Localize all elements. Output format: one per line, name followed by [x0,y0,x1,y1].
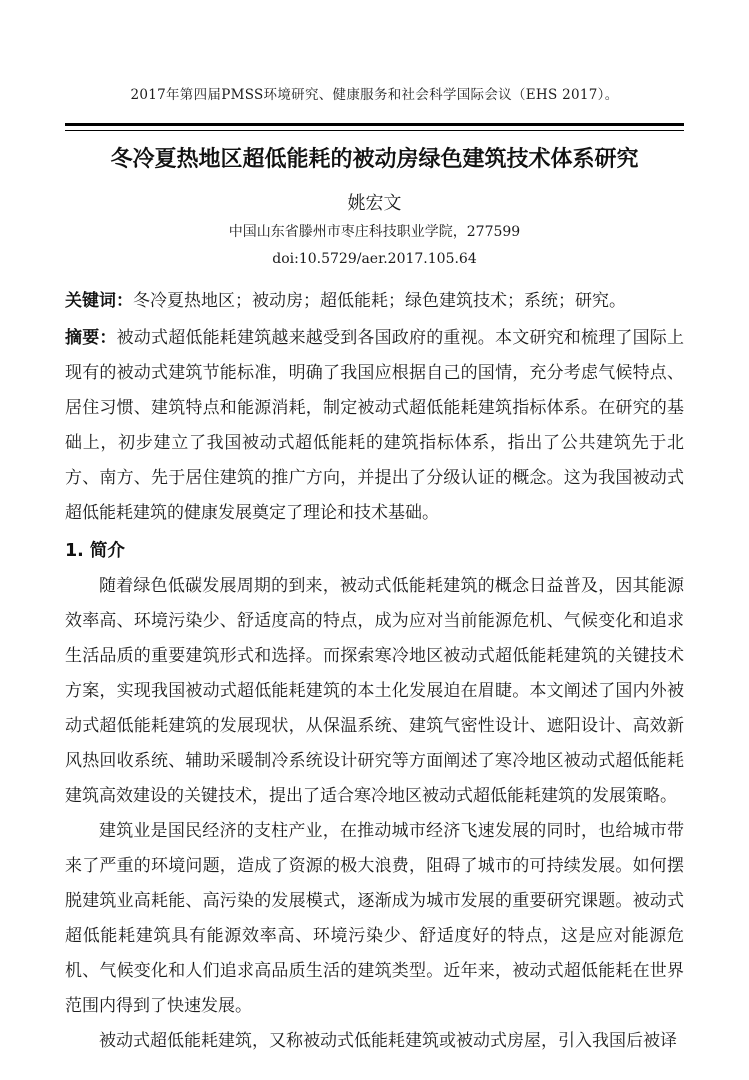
conference-header: 2017年第四届PMSS环境研究、健康服务和社会科学国际会议（EHS 2017）… [65,85,684,105]
author-name: 姚宏文 [65,191,684,217]
abstract-text: 被动式超低能耗建筑越来越受到各国政府的重视。本文研究和梳理了国际上现有的被动式建… [65,328,684,523]
keywords-label: 关键词： [65,291,133,311]
header-divider-rule [65,123,684,131]
paper-page: 2017年第四届PMSS环境研究、健康服务和社会科学国际会议（EHS 2017）… [0,0,749,1080]
page-content: 2017年第四届PMSS环境研究、健康服务和社会科学国际会议（EHS 2017）… [65,0,684,1059]
abstract-paragraph: 摘要：被动式超低能耗建筑越来越受到各国政府的重视。本文研究和梳理了国际上现有的被… [65,321,684,531]
section-1-paragraph-1: 随着绿色低碳发展周期的到来，被动式低能耗建筑的概念日益普及，因其能源效率高、环境… [65,569,684,814]
paper-title: 冬冷夏热地区超低能耗的被动房绿色建筑技术体系研究 [65,145,684,175]
section-1-paragraph-3: 被动式超低能耗建筑，又称被动式低能耗建筑或被动式房屋，引入我国后被译 [65,1024,684,1059]
doi-line: doi:10.5729/aer.2017.105.64 [65,249,684,269]
keywords-line: 关键词：冬冷夏热地区；被动房；超低能耗；绿色建筑技术；系统；研究。 [65,284,684,319]
keywords-text: 冬冷夏热地区；被动房；超低能耗；绿色建筑技术；系统；研究。 [133,291,626,311]
section-1-paragraph-2: 建筑业是国民经济的支柱产业，在推动城市经济飞速发展的同时，也给城市带来了严重的环… [65,814,684,1024]
author-affiliation: 中国山东省滕州市枣庄科技职业学院，277599 [65,222,684,242]
section-1-heading: 1. 简介 [65,534,684,569]
abstract-label: 摘要： [65,328,117,348]
